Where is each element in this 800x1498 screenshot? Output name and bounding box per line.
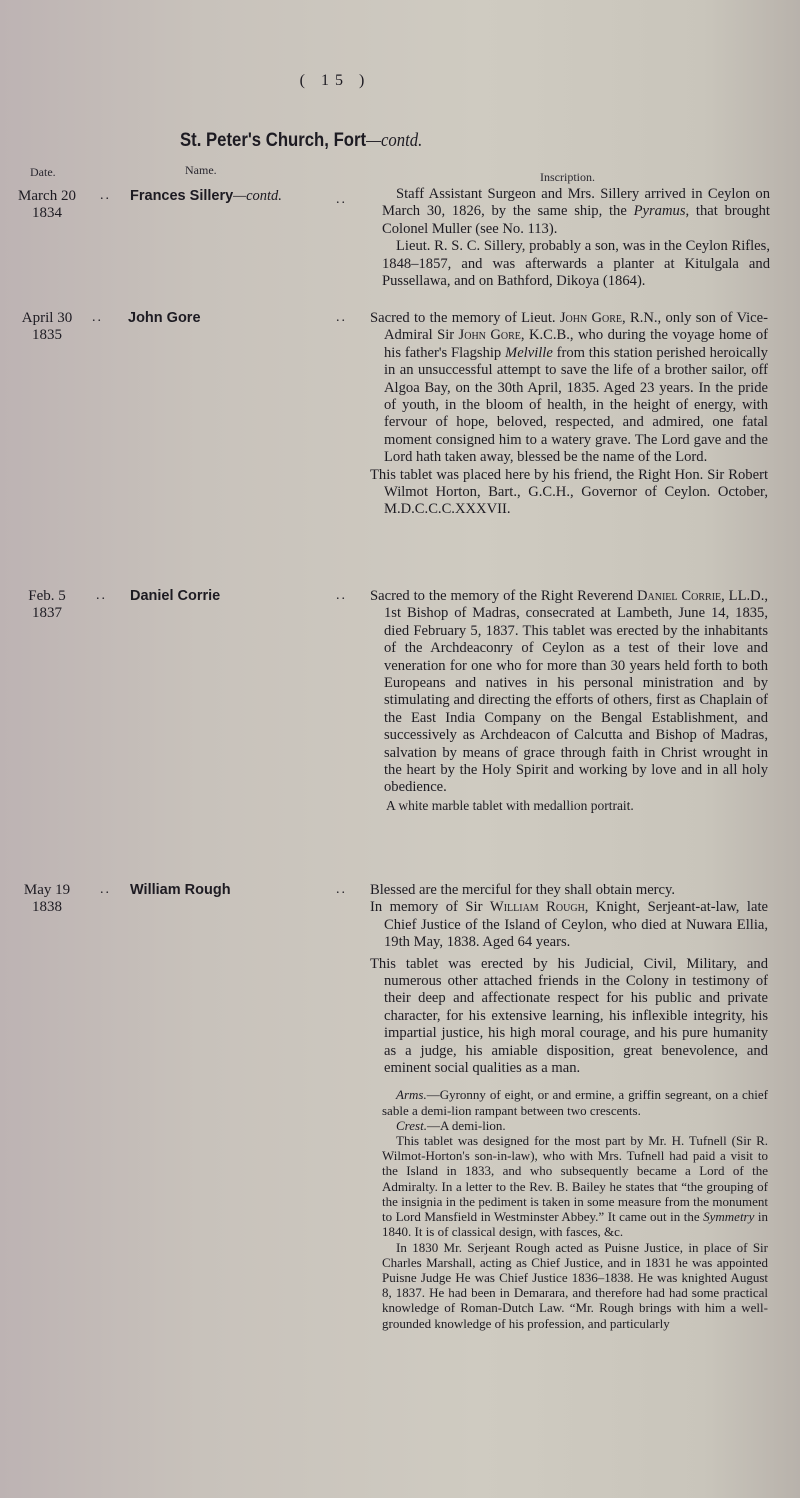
inscription: Blessed are the merciful for they shall … xyxy=(370,882,768,1331)
inscription-paragraph: This tablet was placed here by his frien… xyxy=(370,467,768,519)
inscription: Sacred to the memory of the Right Revere… xyxy=(370,588,768,814)
leader-dots: .. xyxy=(92,310,103,326)
page-number: ( 15 ) xyxy=(0,72,670,90)
column-header-name: Name. xyxy=(185,163,217,178)
entry-name: Frances Sillery—contd. xyxy=(130,188,282,205)
entry-name: William Rough xyxy=(130,882,231,898)
entry-name: John Gore xyxy=(128,310,201,326)
leader-dots: .. xyxy=(336,882,347,898)
entry-date: April 301835 xyxy=(8,310,86,344)
inscription-paragraph: Blessed are the merciful for they shall … xyxy=(370,882,768,899)
date-year: 1838 xyxy=(8,899,86,916)
crest-note: Crest.—A demi-lion. xyxy=(382,1118,768,1133)
title-main: St. Peter's Church, Fort xyxy=(180,130,366,151)
inscription: Sacred to the memory of Lieut. John Gore… xyxy=(370,310,768,519)
page-title: St. Peter's Church, Fort—contd. xyxy=(180,130,422,152)
leader-dots: .. xyxy=(336,310,347,326)
leader-dots: .. xyxy=(100,188,111,204)
date-year: 1835 xyxy=(8,327,86,344)
inscription-paragraph: Lieut. R. S. C. Sillery, probably a son,… xyxy=(382,238,770,290)
leader-dots: .. xyxy=(336,588,347,604)
column-header-inscription: Inscription. xyxy=(540,170,595,185)
entry-date: March 201834 xyxy=(8,188,86,222)
inscription-paragraph: This tablet was erected by his Judicial,… xyxy=(370,956,768,1078)
inscription-paragraph: Sacred to the memory of Lieut. John Gore… xyxy=(370,310,768,467)
leader-dots: .. xyxy=(100,882,111,898)
inscription-paragraph: Sacred to the memory of the Right Revere… xyxy=(370,588,768,797)
date-year: 1837 xyxy=(8,605,86,622)
date-year: 1834 xyxy=(8,205,86,222)
leader-dots: .. xyxy=(336,192,347,208)
inscription-paragraph: In memory of Sir William Rough, Knight, … xyxy=(370,899,768,951)
leader-dots: .. xyxy=(96,588,107,604)
arms-note: Arms.—Gyronny of eight, or and ermine, a… xyxy=(382,1087,768,1117)
inscription-note: A white marble tablet with medallion por… xyxy=(370,797,768,814)
date-day: April 30 xyxy=(8,310,86,327)
entry-date: May 191838 xyxy=(8,882,86,916)
design-note: This tablet was designed for the most pa… xyxy=(382,1133,768,1239)
entry-name: Daniel Corrie xyxy=(130,588,220,604)
date-day: March 20 xyxy=(8,188,86,205)
title-suffix: —contd. xyxy=(366,130,422,151)
date-day: May 19 xyxy=(8,882,86,899)
entry-date: Feb. 51837 xyxy=(8,588,86,622)
inscription: Staff Assistant Surgeon and Mrs. Sillery… xyxy=(382,186,770,290)
date-day: Feb. 5 xyxy=(8,588,86,605)
column-header-date: Date. xyxy=(30,165,56,180)
inscription-paragraph: Staff Assistant Surgeon and Mrs. Sillery… xyxy=(382,186,770,238)
biography-note: In 1830 Mr. Serjeant Rough acted as Puis… xyxy=(382,1240,768,1331)
notes-block: Arms.—Gyronny of eight, or and ermine, a… xyxy=(370,1087,768,1330)
